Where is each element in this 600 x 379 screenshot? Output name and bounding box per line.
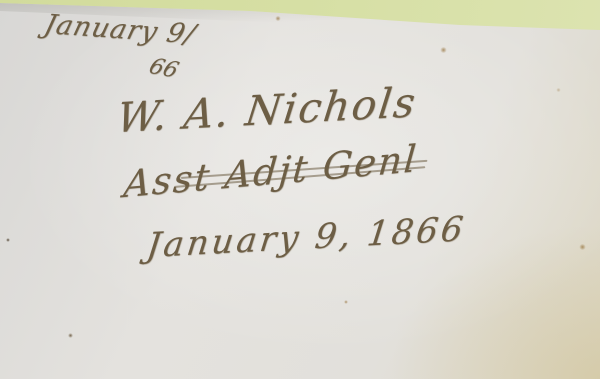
foxing-spot [275,16,281,21]
date-year-text: 66 [145,54,181,83]
foxing-spot [579,244,586,250]
photo-backdrop: January 9/ 66 W. A. Nichols Asst Adjt Ge… [0,0,600,379]
handwritten-date-year: 66 [148,54,180,83]
handwritten-signature: W. A. Nichols [116,78,418,142]
foxing-spot [6,238,10,242]
foxing-spot [344,300,348,304]
foxing-spot [440,47,447,53]
handwritten-date-full: January 9, 1866 [146,209,467,266]
date-full-text: January 9, 1866 [145,209,469,266]
foxing-spot [68,333,73,338]
paper-sheet: January 9/ 66 W. A. Nichols Asst Adjt Ge… [0,0,600,379]
foxing-spot [556,88,561,92]
signature-text: W. A. Nichols [114,78,419,142]
